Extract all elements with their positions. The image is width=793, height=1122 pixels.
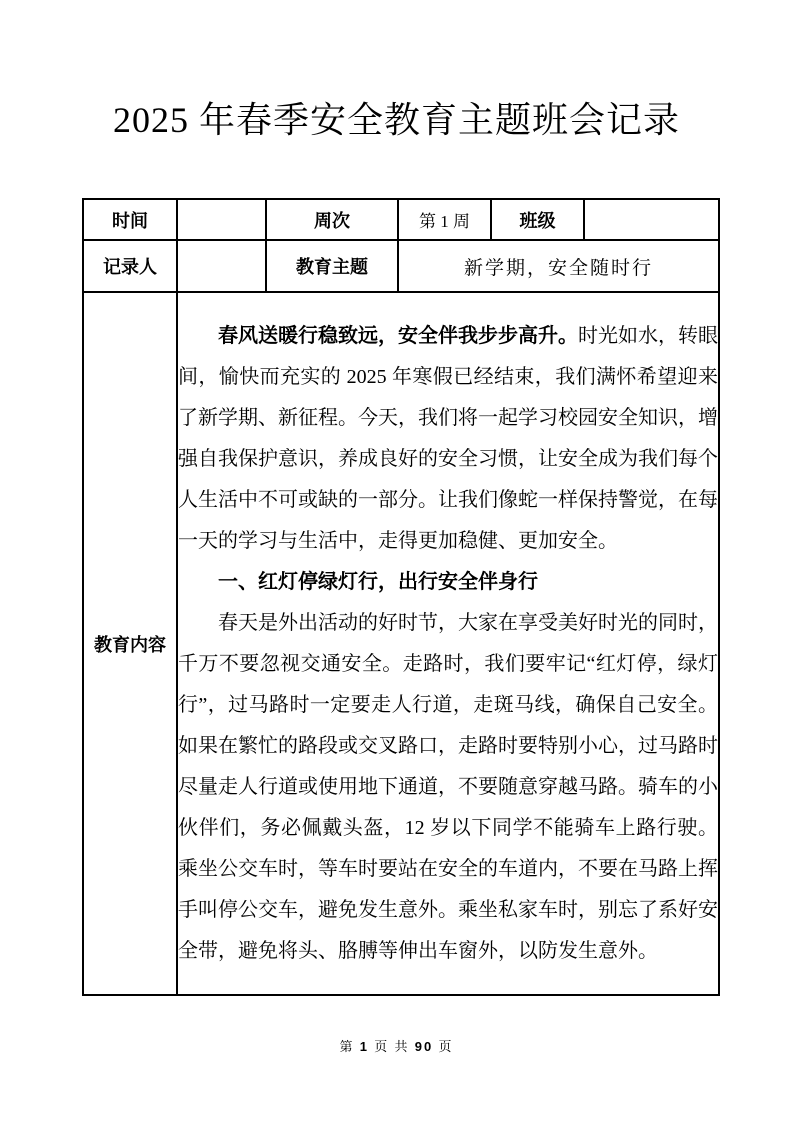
bold-text-run: 90 — [415, 1039, 433, 1054]
recorder-value-cell — [177, 240, 266, 292]
table-row: 记录人 教育主题 新学期，安全随时行 — [83, 240, 719, 292]
bold-text-run: 春风送暖行稳致远，安全伴我步步高升。 — [218, 325, 578, 347]
text-run: 第 — [340, 1039, 360, 1054]
paragraph: 春天是外出活动的好时节，大家在享受美好时光的同时，千万不要忽视交通安全。走路时，… — [178, 603, 718, 972]
paragraph: 一、红灯停绿灯行，出行安全伴身行 — [178, 562, 718, 603]
week-label-cell: 周次 — [266, 199, 398, 240]
document-page: 2025 年春季安全教育主题班会记录 时间 周次 第 1 周 班级 记录人 教育… — [0, 0, 793, 1122]
recorder-label-cell: 记录人 — [83, 240, 177, 292]
text-run: 页 共 — [369, 1039, 415, 1054]
bold-text-run: 1 — [360, 1039, 369, 1054]
text-run: 春天是外出活动的好时节，大家在享受美好时光的同时，千万不要忽视交通安全。走路时，… — [178, 612, 718, 962]
paragraph: 春风送暖行稳致远，安全伴我步步高升。时光如水，转眼间，愉快而充实的 2025 年… — [178, 316, 718, 562]
topic-label-cell: 教育主题 — [266, 240, 398, 292]
time-value-cell — [177, 199, 266, 240]
table-row: 教育内容 春风送暖行稳致远，安全伴我步步高升。时光如水，转眼间，愉快而充实的 2… — [83, 292, 719, 995]
record-table: 时间 周次 第 1 周 班级 记录人 教育主题 新学期，安全随时行 教育内容 春… — [82, 198, 720, 996]
class-label-cell: 班级 — [491, 199, 584, 240]
page-footer: 第 1 页 共 90 页 — [0, 1038, 793, 1056]
text-run: 时光如水，转眼间，愉快而充实的 2025 年寒假已经结束，我们满怀希望迎来了新学… — [178, 325, 718, 552]
week-value-cell: 第 1 周 — [398, 199, 491, 240]
topic-value-cell: 新学期，安全随时行 — [398, 240, 719, 292]
class-value-cell — [584, 199, 719, 240]
content-label-cell: 教育内容 — [83, 292, 177, 995]
table-row: 时间 周次 第 1 周 班级 — [83, 199, 719, 240]
content-cell: 春风送暖行稳致远，安全伴我步步高升。时光如水，转眼间，愉快而充实的 2025 年… — [177, 292, 719, 995]
time-label-cell: 时间 — [83, 199, 177, 240]
text-run: 页 — [433, 1039, 453, 1054]
page-title: 2025 年春季安全教育主题班会记录 — [0, 0, 793, 140]
bold-text-run: 一、红灯停绿灯行，出行安全伴身行 — [218, 571, 538, 593]
